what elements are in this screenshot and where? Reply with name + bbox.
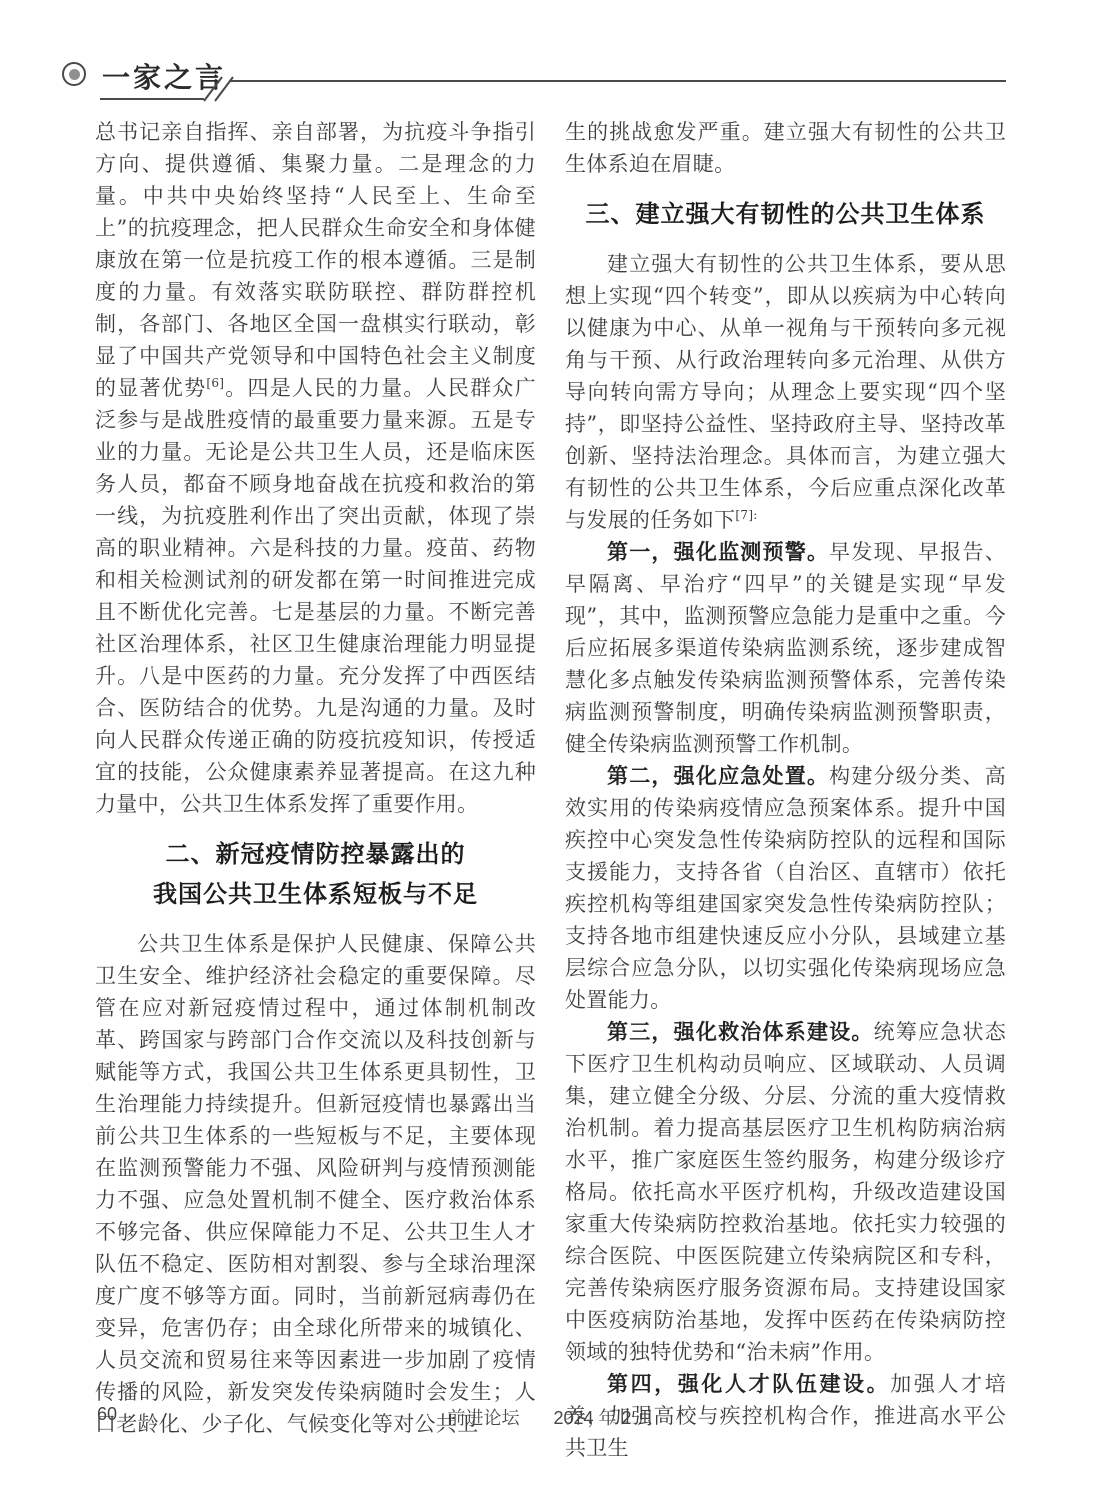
- paragraph-continued: 总书记亲自指挥、亲自部署，为抗疫斗争指引方向、提供遵循、集聚力量。二是理念的力量…: [95, 116, 536, 820]
- paragraph-text: 建立强大有韧性的公共卫生体系，要从思想上实现“四个转变”，即从以疾病为中心转向以…: [565, 252, 1006, 532]
- item-body: 统筹应急状态下医疗卫生机构动员响应、区域联动、人员调集，建立健全分级、分层、分流…: [565, 1020, 1006, 1364]
- paragraph-item-2: 第二，强化应急处置。构建分级分类、高效实用的传染病疫情应急预案体系。提升中国疾控…: [565, 760, 1006, 1016]
- footnote-ref-7: [7]:: [735, 508, 757, 522]
- section-heading-3: 三、建立强大有韧性的公共卫生体系: [565, 195, 1006, 235]
- section-heading-2: 二、新冠疫情防控暴露出的我国公共卫生体系短板与不足: [95, 835, 536, 915]
- section-heading-2-line1: 二、新冠疫情防控暴露出的: [166, 841, 466, 868]
- paragraph-text: 总书记亲自指挥、亲自部署，为抗疫斗争指引方向、提供遵循、集聚力量。二是理念的力量…: [95, 120, 536, 400]
- item-body: 早发现、早报告、早隔离、早治疗“四早”的关键是实现“早发现”，其中，监测预警应急…: [565, 540, 1006, 756]
- journal-page: 一家之言 总书记亲自指挥、亲自部署，为抗疫斗争指引方向、提供遵循、集聚力量。二是…: [0, 0, 1102, 1496]
- article-body: 总书记亲自指挥、亲自部署，为抗疫斗争指引方向、提供遵循、集聚力量。二是理念的力量…: [95, 116, 1006, 1464]
- section-heading-2-line2: 我国公共卫生体系短板与不足: [153, 881, 478, 908]
- item-body: 构建分级分类、高效实用的传染病疫情应急预案体系。提升中国疾控中心突发急性传染病防…: [565, 764, 1006, 1012]
- column-right: 生的挑战愈发严重。建立强大有韧性的公共卫生体系迫在眉睫。 三、建立强大有韧性的公…: [565, 116, 1006, 1464]
- header-rule: [0, 0, 1102, 120]
- issue-date: 2024 年 2 月: [553, 1408, 654, 1428]
- footnote-ref-6: [6]: [206, 376, 224, 390]
- column-left: 总书记亲自指挥、亲自部署，为抗疫斗争指引方向、提供遵循、集聚力量。二是理念的力量…: [95, 116, 536, 1464]
- item-lead: 第三，强化救治体系建设。: [607, 1019, 874, 1044]
- page-number: 60: [97, 1404, 117, 1425]
- item-lead: 第四，强化人才队伍建设。: [607, 1371, 890, 1396]
- paragraph-item-1: 第一，强化监测预警。早发现、早报告、早隔离、早治疗“四早”的关键是实现“早发现”…: [565, 536, 1006, 760]
- journal-name: 前进论坛: [447, 1408, 519, 1428]
- footer-center: 前进论坛2024 年 2 月: [0, 1404, 1102, 1430]
- paragraph: 建立强大有韧性的公共卫生体系，要从思想上实现“四个转变”，即从以疾病为中心转向以…: [565, 248, 1006, 536]
- paragraph-text: 。四是人民的力量。人民群众广泛参与是战胜疫情的最重要力量来源。五是专业的力量。无…: [95, 376, 536, 816]
- page-footer: 60 前进论坛2024 年 2 月: [0, 1404, 1102, 1430]
- item-lead: 第二，强化应急处置。: [607, 763, 829, 788]
- item-lead: 第一，强化监测预警。: [607, 539, 829, 564]
- paragraph-item-3: 第三，强化救治体系建设。统筹应急状态下医疗卫生机构动员响应、区域联动、人员调集，…: [565, 1016, 1006, 1368]
- paragraph: 公共卫生体系是保护人民健康、保障公共卫生安全、维护经济社会稳定的重要保障。尽管在…: [95, 928, 536, 1440]
- paragraph-continued: 生的挑战愈发严重。建立强大有韧性的公共卫生体系迫在眉睫。: [565, 116, 1006, 180]
